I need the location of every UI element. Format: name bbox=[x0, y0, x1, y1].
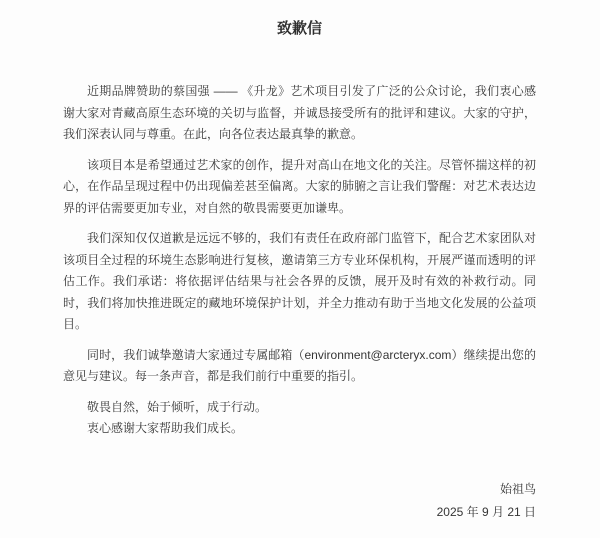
signature-date: 2025 年 9 月 21 日 bbox=[63, 501, 536, 524]
letter-paragraph-3: 我们深知仅仅道歉是远远不够的，我们有责任在政府部门监管下，配合艺术家团队对该项目… bbox=[63, 228, 536, 336]
signature-name: 始祖鸟 bbox=[63, 478, 536, 501]
letter-closing-line-2: 衷心感谢大家帮助我们成长。 bbox=[63, 418, 536, 440]
letter-paragraph-4: 同时，我们诚挚邀请大家通过专属邮箱（environment@arcteryx.c… bbox=[63, 345, 536, 388]
letter-closing-line-1: 敬畏自然，始于倾听，成于行动。 bbox=[63, 397, 536, 419]
apology-letter: 致歉信 近期品牌赞助的蔡国强 —— 《升龙》艺术项目引发了广泛的公众讨论，我们衷… bbox=[0, 0, 600, 538]
letter-title: 致歉信 bbox=[63, 21, 536, 37]
letter-paragraph-1: 近期品牌赞助的蔡国强 —— 《升龙》艺术项目引发了广泛的公众讨论，我们衷心感谢大… bbox=[63, 81, 536, 146]
letter-body: 近期品牌赞助的蔡国强 —— 《升龙》艺术项目引发了广泛的公众讨论，我们衷心感谢大… bbox=[63, 81, 536, 440]
signature-block: 始祖鸟 2025 年 9 月 21 日 bbox=[63, 478, 536, 524]
letter-paragraph-2: 该项目本是希望通过艺术家的创作，提升对高山在地文化的关注。尽管怀揣这样的初心，在… bbox=[63, 155, 536, 220]
